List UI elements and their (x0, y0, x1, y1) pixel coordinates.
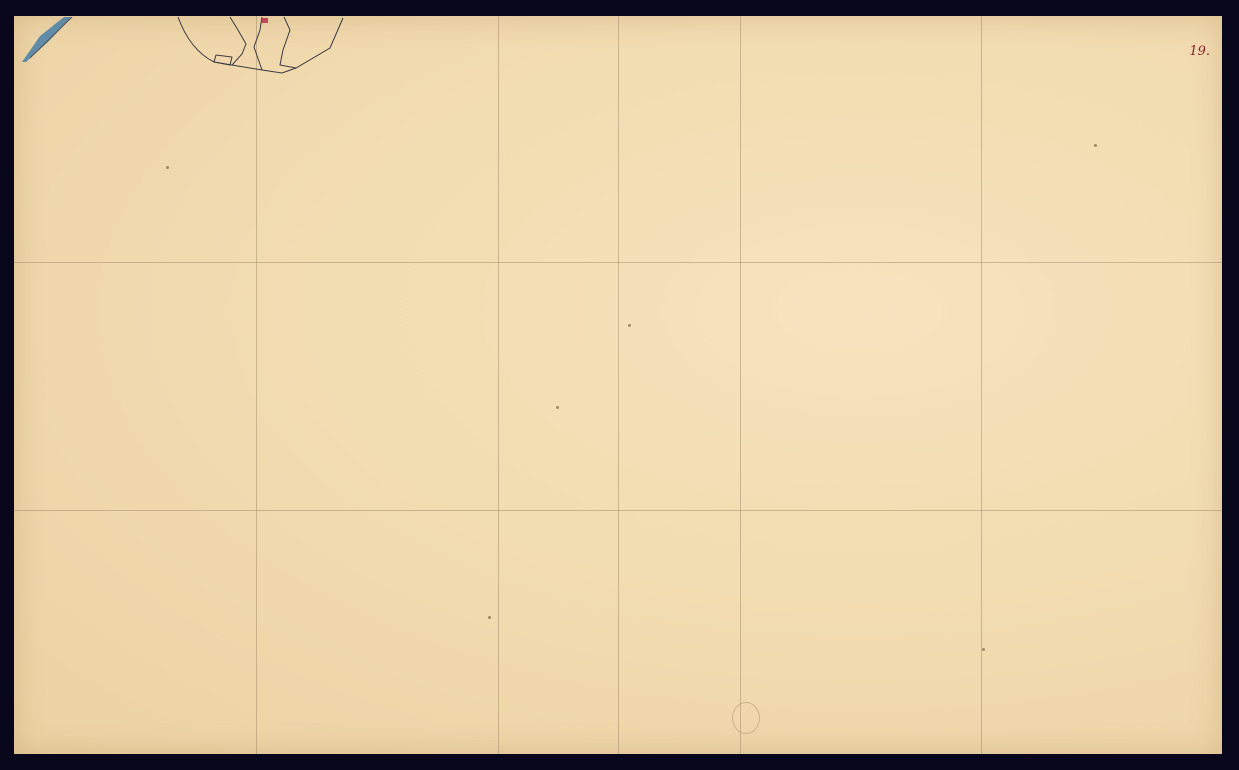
map-fragment-parcels (0, 0, 360, 90)
grid-line (14, 510, 1222, 511)
ink-spot (488, 616, 491, 619)
grid-line (981, 16, 982, 754)
ink-spot (166, 166, 169, 169)
embossed-stamp (732, 702, 760, 734)
grid-line (498, 16, 499, 754)
grid-line (256, 16, 257, 754)
ink-spot (628, 324, 631, 327)
grid-line (740, 16, 741, 754)
sheet-number: 19. (1189, 44, 1210, 59)
ink-spot (556, 406, 559, 409)
map-sheet: 19. (14, 16, 1222, 754)
ink-spot (1094, 144, 1097, 147)
ink-spot (982, 648, 985, 651)
grid-line (14, 262, 1222, 263)
grid-line (618, 16, 619, 754)
